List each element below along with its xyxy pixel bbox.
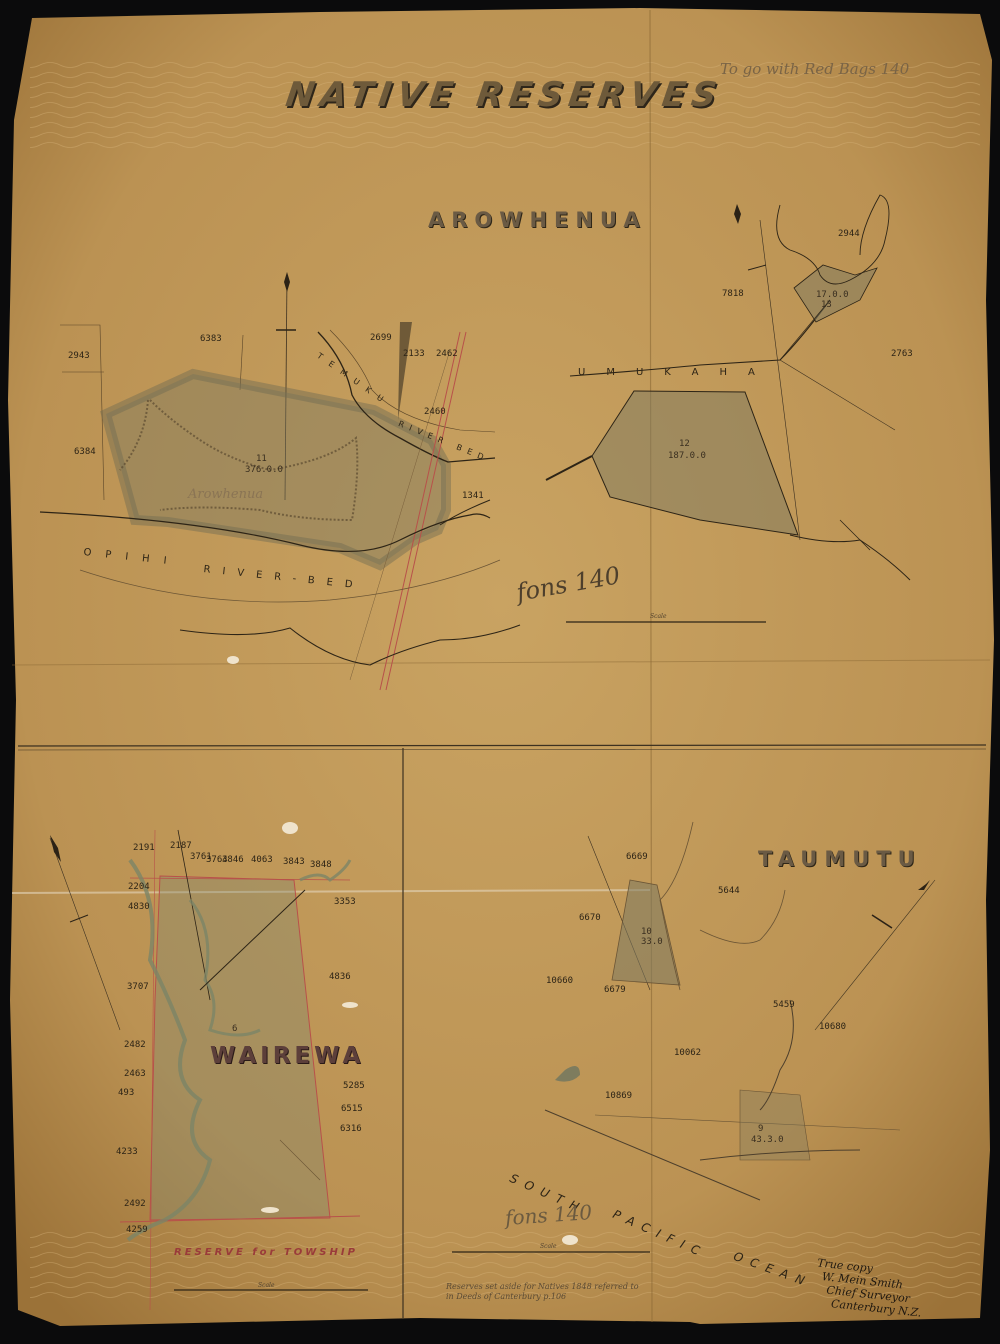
reserve-area: 376.0.0 [245, 466, 283, 475]
reserve-number: 6 [232, 1025, 237, 1034]
lot-label: 4259 [126, 1226, 148, 1235]
lot-label: 10869 [605, 1092, 632, 1101]
lot-label: 4830 [128, 903, 150, 912]
pencil-note-taumutu: fons 140 [504, 1202, 592, 1228]
lot-label: 4233 [116, 1148, 138, 1157]
lot-label: 3848 [310, 861, 332, 870]
reserve-number: 11 [256, 455, 267, 464]
lot-label: 10680 [819, 1023, 846, 1032]
lot-label: 2944 [838, 230, 860, 239]
lot-label: 6679 [604, 986, 626, 995]
lot-label: 6316 [340, 1125, 362, 1134]
lot-label: 2943 [68, 352, 90, 361]
lot-label: 493 [118, 1089, 134, 1098]
lot-label: 2191 [133, 844, 155, 853]
lot-label: 3707 [127, 983, 149, 992]
reserve-for-township-label: RESERVE for TOWSHIP [174, 1248, 358, 1258]
section-title-taumutu: TAUMUTU [758, 849, 922, 870]
reserve-number: 13 [821, 301, 832, 310]
reserve-number: 9 [758, 1125, 763, 1134]
scale-label: Scale [540, 1244, 557, 1250]
signature-block: True copy W. Mein Smith Chief Surveyor C… [813, 1256, 927, 1319]
map-title: NATIVE RESERVES [284, 78, 725, 112]
lot-label: 2699 [370, 334, 392, 343]
lot-label: 6384 [74, 448, 96, 457]
reserve-area: 17.0.0 [816, 291, 849, 300]
lot-label: 6670 [579, 914, 601, 923]
lot-label: 4836 [329, 973, 351, 982]
reserve-area: 187.0.0 [668, 452, 706, 461]
lot-label: 2133 [403, 350, 425, 359]
lot-label: 2763 [891, 350, 913, 359]
lot-label: 1341 [462, 492, 484, 501]
map-artwork [0, 0, 1000, 1344]
lot-label: 3846 [222, 856, 244, 865]
footer-pencil-note: Reserves set aside for Natives 1848 refe… [446, 1282, 646, 1303]
district-label-umukaha: UMUKAHA [578, 368, 776, 378]
pencil-label-arowhenua: Arowhenua [188, 488, 263, 501]
lot-label: 10062 [674, 1049, 701, 1058]
lot-label: 3353 [334, 898, 356, 907]
reserve-number: 12 [679, 440, 690, 449]
lot-label: 2492 [124, 1200, 146, 1209]
reserve-area: 33.0 [641, 938, 663, 947]
lot-label: 5459 [773, 1001, 795, 1010]
reserve-area: 43.3.0 [751, 1136, 784, 1145]
lot-label: 2460 [424, 408, 446, 417]
lot-label: 6669 [626, 853, 648, 862]
lot-label: 6515 [341, 1105, 363, 1114]
lot-label: 2204 [128, 883, 150, 892]
lot-label: 5644 [718, 887, 740, 896]
scale-label: Scale [650, 614, 667, 620]
lot-label: 7818 [722, 290, 744, 299]
lot-label: 10660 [546, 977, 573, 986]
lot-label: 2482 [124, 1041, 146, 1050]
section-title-arowhenua: AROWHENUA [428, 210, 647, 231]
scale-label: Scale [258, 1283, 275, 1289]
lot-label: 5285 [343, 1082, 365, 1091]
reserve-number: 10 [641, 928, 652, 937]
lot-label: 2462 [436, 350, 458, 359]
lot-label: 6383 [200, 335, 222, 344]
lot-label: 2463 [124, 1070, 146, 1079]
lot-label: 2187 [170, 842, 192, 851]
section-title-wairewa: WAIREWA [210, 1045, 364, 1068]
reserve-9-area [740, 1090, 810, 1160]
lot-label: 3843 [283, 858, 305, 867]
map-sheet: NATIVE RESERVES To go with Red Bags 140 … [0, 0, 1000, 1344]
pencil-note-top: To go with Red Bags 140 [720, 62, 909, 77]
lot-label: 4063 [251, 856, 273, 865]
